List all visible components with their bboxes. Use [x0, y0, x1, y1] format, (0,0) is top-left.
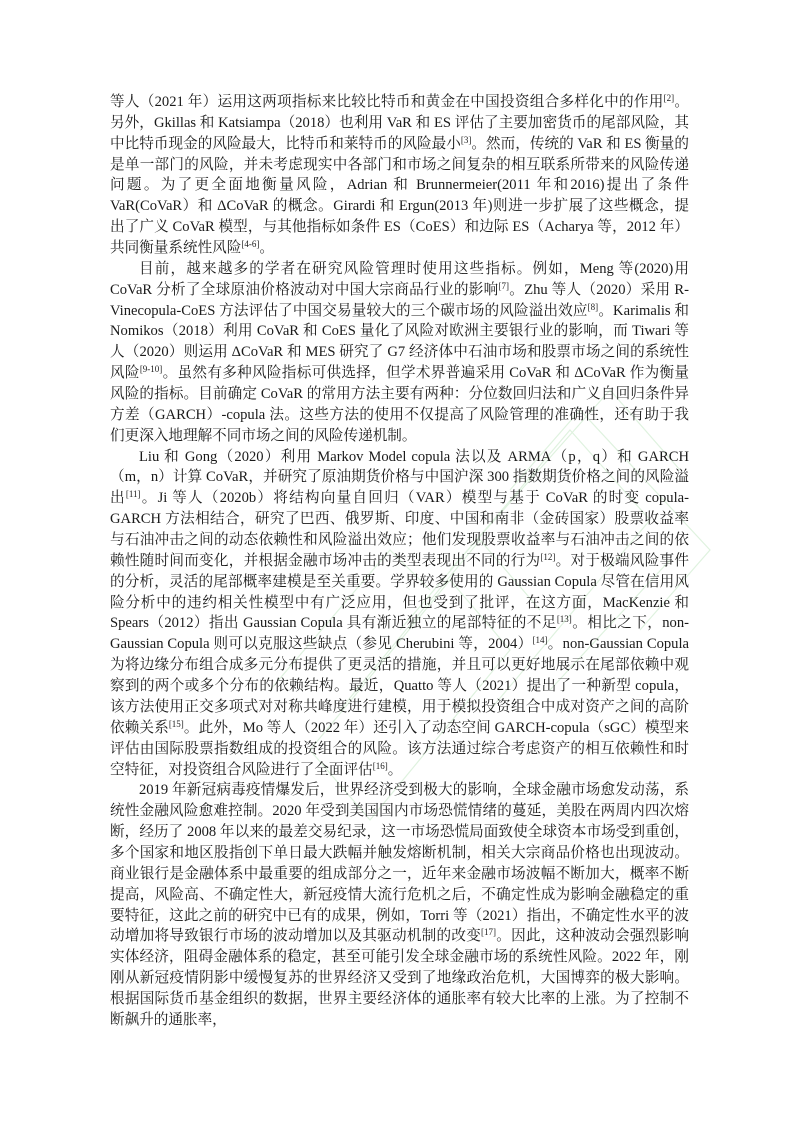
text-run: 等人（2021 年）运用这两项指标来比较比特币和黄金在中国投资组合多样化中的作用 [110, 94, 664, 110]
text-run: 。虽然有多种风险指标可供选择，但学术界普遍采用 CoVaR 和 ΔCoVaR 作… [110, 365, 689, 444]
citation-ref: [11] [126, 489, 141, 499]
citation-ref: [3] [461, 135, 472, 145]
body-text: 等人（2021 年）运用这两项指标来比较比特币和黄金在中国投资组合多样化中的作用… [110, 92, 689, 1031]
citation-ref: [7] [499, 281, 510, 291]
text-run: 2019 年新冠病毒疫情爆发后，世界经济受到极大的影响，全球金融市场愈发动荡，系… [110, 782, 689, 944]
citation-ref: [14] [532, 635, 547, 645]
citation-ref: [8] [588, 302, 599, 312]
text-run: 。 [259, 240, 274, 256]
document-page: 等人（2021 年）运用这两项指标来比较比特币和黄金在中国投资组合多样化中的作用… [0, 0, 793, 1122]
citation-ref: [17] [481, 927, 496, 937]
citation-ref: [2] [664, 93, 675, 103]
paragraph: 等人（2021 年）运用这两项指标来比较比特币和黄金在中国投资组合多样化中的作用… [110, 92, 689, 259]
citation-ref: [4-6] [241, 239, 259, 249]
paragraph: 目前，越来越多的学者在研究风险管理时使用这些指标。例如，Meng 等(2020)… [110, 259, 689, 447]
citation-ref: [16] [373, 761, 388, 771]
text-run: 。 [388, 762, 403, 778]
citation-ref: [12] [540, 552, 555, 562]
citation-ref: [13] [557, 614, 572, 624]
citation-ref: [9-10] [140, 364, 163, 374]
paragraph: 2019 年新冠病毒疫情爆发后，世界经济受到极大的影响，全球金融市场愈发动荡，系… [110, 780, 689, 1030]
paragraph: Liu 和 Gong（2020）利用 Markov Model copula 法… [110, 447, 689, 781]
citation-ref: [15] [169, 719, 184, 729]
text-run: 。然而，传统的 VaR 和 ES 衡量的是单一部门的风险，并未考虑现实中各部门和… [110, 136, 689, 256]
